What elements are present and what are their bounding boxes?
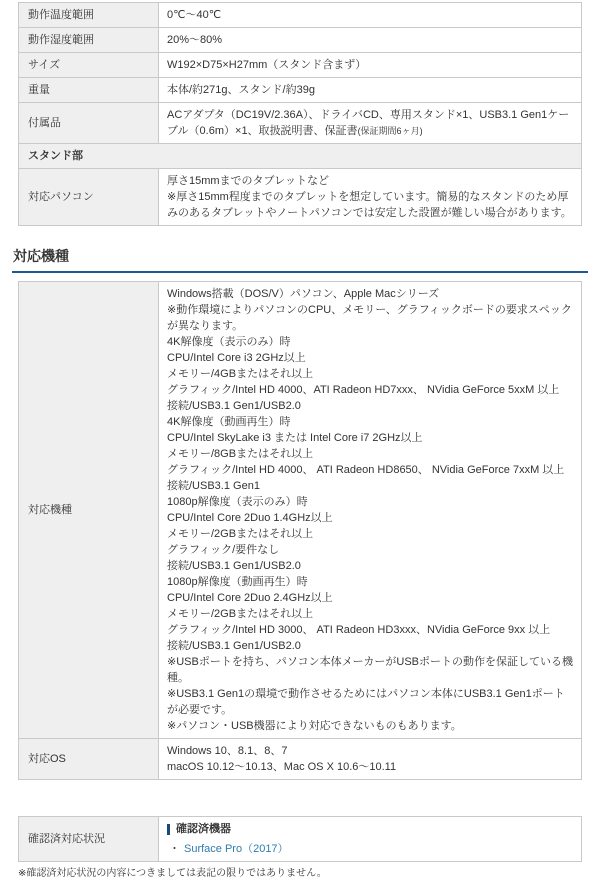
footnote: ※確認済対応状況の内容につきましては表記の限りではありません。 <box>18 867 600 881</box>
spacer <box>0 780 600 816</box>
row-value-supported-pc: 厚さ15mmまでのタブレットなど ※厚さ15mm程度までのタブレットを想定してい… <box>159 169 582 226</box>
status-heading-label: 確認済機器 <box>176 821 231 837</box>
row-label-size: サイズ <box>19 53 159 78</box>
table-row: 対応機種 Windows搭載（DOS/V）パソコン、Apple Macシリーズ … <box>19 282 582 739</box>
table-row: 動作温度範囲 0℃～40℃ <box>19 3 582 28</box>
list-item: ・Surface Pro（2017） <box>167 841 573 857</box>
compat-table: 対応機種 Windows搭載（DOS/V）パソコン、Apple Macシリーズ … <box>18 281 582 780</box>
row-label-supported-pc: 対応パソコン <box>19 169 159 226</box>
page-title-supported-models: 対応機種 <box>12 246 588 273</box>
heading-marker-bar-icon <box>167 824 170 835</box>
row-value-accessories: ACアダプタ（DC19V/2.36A）、ドライバCD、専用スタンド×1、USB3… <box>159 103 582 144</box>
row-label-confirmed-status: 確認済対応状況 <box>19 817 159 862</box>
row-value-operating-temperature: 0℃～40℃ <box>159 3 582 28</box>
table-section-row: スタンド部 <box>19 144 582 169</box>
accessories-warranty-note: (保証期間6ヶ月) <box>358 126 423 136</box>
table-row: 対応パソコン 厚さ15mmまでのタブレットなど ※厚さ15mm程度までのタブレッ… <box>19 169 582 226</box>
row-value-supported-os: Windows 10、8.1、8、7 macOS 10.12～10.13、Mac… <box>159 739 582 780</box>
status-table: 確認済対応状況 確認済機器 ・Surface Pro（2017） <box>18 816 582 862</box>
surface-pro-link[interactable]: Surface Pro（2017） <box>184 843 289 855</box>
row-value-confirmed-status: 確認済機器 ・Surface Pro（2017） <box>159 817 582 862</box>
table-row: 付属品 ACアダプタ（DC19V/2.36A）、ドライバCD、専用スタンド×1、… <box>19 103 582 144</box>
row-label-operating-temperature: 動作温度範囲 <box>19 3 159 28</box>
row-label-supported-models: 対応機種 <box>19 282 159 739</box>
spec-page: 動作温度範囲 0℃～40℃ 動作湿度範囲 20%～80% サイズ W192×D7… <box>0 0 600 881</box>
table-row: 対応OS Windows 10、8.1、8、7 macOS 10.12～10.1… <box>19 739 582 780</box>
table-row: 動作湿度範囲 20%～80% <box>19 28 582 53</box>
row-label-accessories: 付属品 <box>19 103 159 144</box>
row-label-supported-os: 対応OS <box>19 739 159 780</box>
bullet-icon: ・ <box>169 843 180 855</box>
row-value-supported-models: Windows搭載（DOS/V）パソコン、Apple Macシリーズ ※動作環境… <box>159 282 582 739</box>
row-value-size: W192×D75×H27mm（スタンド含まず） <box>159 53 582 78</box>
spec-table: 動作温度範囲 0℃～40℃ 動作湿度範囲 20%～80% サイズ W192×D7… <box>18 2 582 226</box>
table-row: 重量 本体/約271g、スタンド/約39g <box>19 78 582 103</box>
table-row: 確認済対応状況 確認済機器 ・Surface Pro（2017） <box>19 817 582 862</box>
status-heading: 確認済機器 <box>167 821 573 837</box>
table-row: サイズ W192×D75×H27mm（スタンド含まず） <box>19 53 582 78</box>
row-label-operating-humidity: 動作湿度範囲 <box>19 28 159 53</box>
row-label-weight: 重量 <box>19 78 159 103</box>
section-label-stand: スタンド部 <box>19 144 582 169</box>
row-value-weight: 本体/約271g、スタンド/約39g <box>159 78 582 103</box>
row-value-operating-humidity: 20%～80% <box>159 28 582 53</box>
